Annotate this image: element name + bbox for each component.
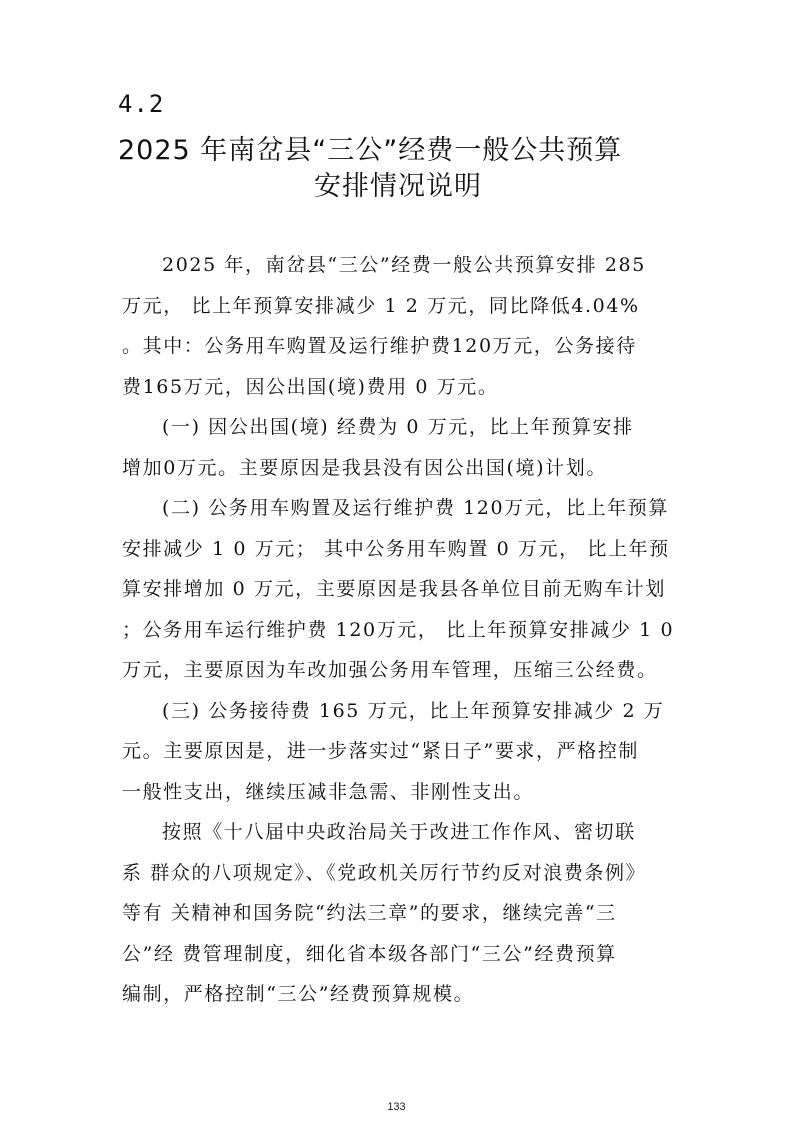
- page-title: 2025 年南岔县“三公”经费一般公共预算 安排情况说明: [118, 133, 678, 205]
- text-line: 费165万元，因公出国(境)费用 0 万元。: [122, 367, 670, 408]
- text-line: 增加0万元。主要原因是我县没有因公出国(境)计划。: [122, 448, 670, 489]
- text-line: 一般性支出，继续压减非急需、非刚性支出。: [122, 772, 670, 813]
- paragraph-summary: 2025 年，南岔县“三公”经费一般公共预算安排 285 万元， 比上年预算安排…: [122, 245, 670, 407]
- text-line: 万元，主要原因为车改加强公务用车管理，压缩三公经费。: [122, 650, 670, 691]
- document-body: 2025 年，南岔县“三公”经费一般公共预算安排 285 万元， 比上年预算安排…: [122, 245, 670, 1015]
- text-line: 系 群众的八项规定》、《党政机关厉行节约反对浪费条例》: [122, 853, 670, 894]
- text-line: 万元， 比上年预算安排减少 1 2 万元，同比降低4.04%: [122, 286, 670, 327]
- text-line: (二) 公务用车购置及运行维护费 120万元，比上年预算: [122, 488, 670, 529]
- text-line: 安排减少 1 0 万元； 其中公务用车购置 0 万元， 比上年预: [122, 529, 670, 570]
- paragraph-reception: (三) 公务接待费 165 万元，比上年预算安排减少 2 万 元。主要原因是，进…: [122, 691, 670, 813]
- paragraph-overseas-travel: (一) 因公出国(境) 经费为 0 万元，比上年预算安排 增加0万元。主要原因是…: [122, 407, 670, 488]
- page-number: 133: [0, 1101, 793, 1113]
- text-line: 按照《十八届中央政治局关于改进工作作风、密切联: [122, 812, 670, 853]
- text-line: 编制，严格控制“三公”经费预算规模。: [122, 974, 670, 1015]
- paragraph-regulations: 按照《十八届中央政治局关于改进工作作风、密切联 系 群众的八项规定》、《党政机关…: [122, 812, 670, 1015]
- text-line: 公”经 费管理制度，细化省本级各部门“三公”经费预算: [122, 934, 670, 975]
- text-line: ；公务用车运行维护费 120万元， 比上年预算安排减少 1 0: [122, 610, 670, 651]
- text-line: 等有 关精神和国务院“约法三章”的要求，继续完善“三: [122, 893, 670, 934]
- text-line: 算安排增加 0 万元，主要原因是我县各单位目前无购车计划: [122, 569, 670, 610]
- paragraph-vehicles: (二) 公务用车购置及运行维护费 120万元，比上年预算 安排减少 1 0 万元…: [122, 488, 670, 691]
- text-line: 。其中：公务用车购置及运行维护费120万元，公务接待: [122, 326, 670, 367]
- text-line: (三) 公务接待费 165 万元，比上年预算安排减少 2 万: [122, 691, 670, 732]
- title-line-1: 2025 年南岔县“三公”经费一般公共预算: [118, 133, 678, 169]
- text-line: (一) 因公出国(境) 经费为 0 万元，比上年预算安排: [122, 407, 670, 448]
- title-line-2: 安排情况说明: [118, 169, 678, 205]
- text-line: 元。主要原因是，进一步落实过“紧日子”要求，严格控制: [122, 731, 670, 772]
- text-line: 2025 年，南岔县“三公”经费一般公共预算安排 285: [122, 245, 670, 286]
- section-number: 4.2: [118, 90, 164, 118]
